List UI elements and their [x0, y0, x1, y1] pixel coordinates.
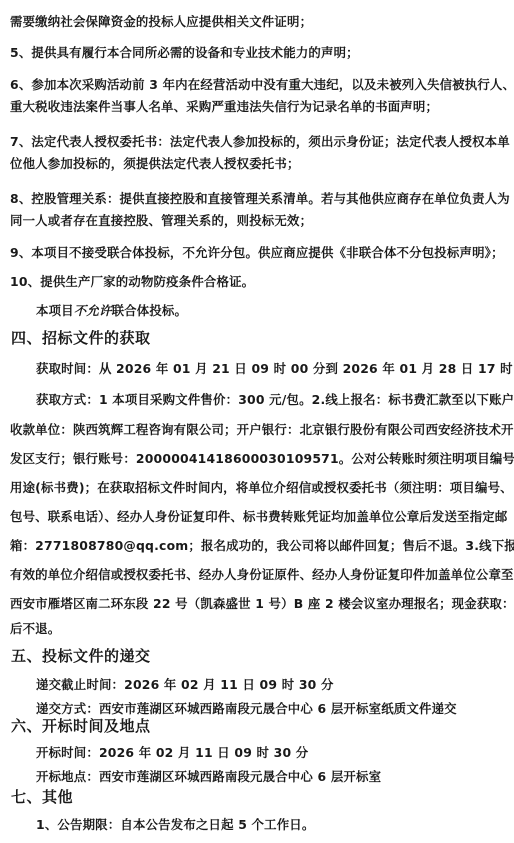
doc-line: 位他人参加投标的，须提供法定代表人授权委托书； [10, 156, 300, 172]
doc-line: 7、法定代表人授权委托书：法定代表人参加投标的，须出示身份证；法定代表人授权本单 [10, 134, 510, 150]
doc-line: 重大税收违法案件当事人名单、采购严重违法失信行为记录名单的书面声明； [10, 99, 438, 115]
note-prefix: 本项目 [36, 303, 74, 318]
section-heading-6: 六、开标时间及地点 [11, 718, 151, 734]
acquire-method-line: 包号、联系电话）、经办人身份证复印件、标书费转账凭证均加盖单位公章后发送至指定邮 [10, 509, 507, 525]
acquire-method-line: 发区支行；银行账号：20000041418600030109571。公对公转账时… [10, 451, 514, 467]
opening-time: 开标时间：2026 年 02 月 11 日 09 时 30 分 [36, 745, 308, 761]
doc-line: 需要缴纳社会保障资金的投标人应提供相关文件证明； [10, 14, 312, 30]
opening-place: 开标地点：西安市莲湖区环城西路南段元晟合中心 6 层开标室 [36, 769, 381, 785]
doc-line: 8、控股管理关系：提供直接控股和直接管理关系清单。若与其他供应商存在单位负责人为 [10, 191, 510, 207]
doc-line: 同一人或者存在直接控股、管理关系的，则投标无效； [10, 213, 312, 229]
submit-method: 递交方式：西安市莲湖区环城西路南段元晟合中心 6 层开标室纸质文件递交 [36, 701, 457, 717]
acquire-time: 获取时间：从 2026 年 01 月 21 日 09 时 00 分到 2026 … [36, 361, 514, 377]
acquire-method-line: 后不退。 [10, 621, 60, 637]
acquire-method-line: 箱：2771808780@qq.com；报名成功的，我公司将以邮件回复；售后不退… [10, 538, 514, 554]
section-heading-4: 四、招标文件的获取 [11, 330, 151, 346]
acquire-method-line: 获取方式：1 本项目采购文件售价：300 元/包。2.线上报名：标书费汇款至以下… [36, 392, 514, 408]
section-heading-5: 五、投标文件的递交 [11, 648, 151, 664]
note-suffix: 联合体投标。 [112, 303, 188, 318]
doc-line: 10、提供生产厂家的动物防疫条件合格证。 [10, 274, 254, 290]
joint-bid-note: 本项目不允许联合体投标。 [36, 303, 187, 319]
doc-line: 5、提供具有履行本合同所必需的设备和专业技术能力的声明； [10, 45, 359, 61]
acquire-method-line: 西安市雁塔区南二环东段 22 号（凯森盛世 1 号）B 座 2 楼会议室办理报名… [10, 596, 514, 612]
acquire-method-line: 用途(标书费)；在获取招标文件时间内，将单位介绍信或授权委托书（须注明：项目编号… [10, 480, 513, 496]
notice-period: 1、公告期限：自本公告发布之日起 5 个工作日。 [36, 817, 314, 833]
doc-line: 6、参加本次采购活动前 3 年内在经营活动中没有重大违纪，以及未被列入失信被执行… [10, 77, 514, 93]
acquire-method-line: 收款单位：陕西筑辉工程咨询有限公司；开户银行：北京银行股份有限公司西安经济技术开 [10, 422, 514, 438]
submit-deadline: 递交截止时间：2026 年 02 月 11 日 09 时 30 分 [36, 677, 334, 693]
section-heading-7: 七、其他 [11, 789, 73, 805]
doc-line: 9、本项目不接受联合体投标，不允许分包。供应商应提供《非联合体不分包投标声明》； [10, 245, 504, 261]
note-emphasis: 不允许 [74, 303, 112, 318]
acquire-method-line: 有效的单位介绍信或授权委托书、经办人身份证原件、经办人身份证复印件加盖单位公章至 [10, 567, 514, 583]
